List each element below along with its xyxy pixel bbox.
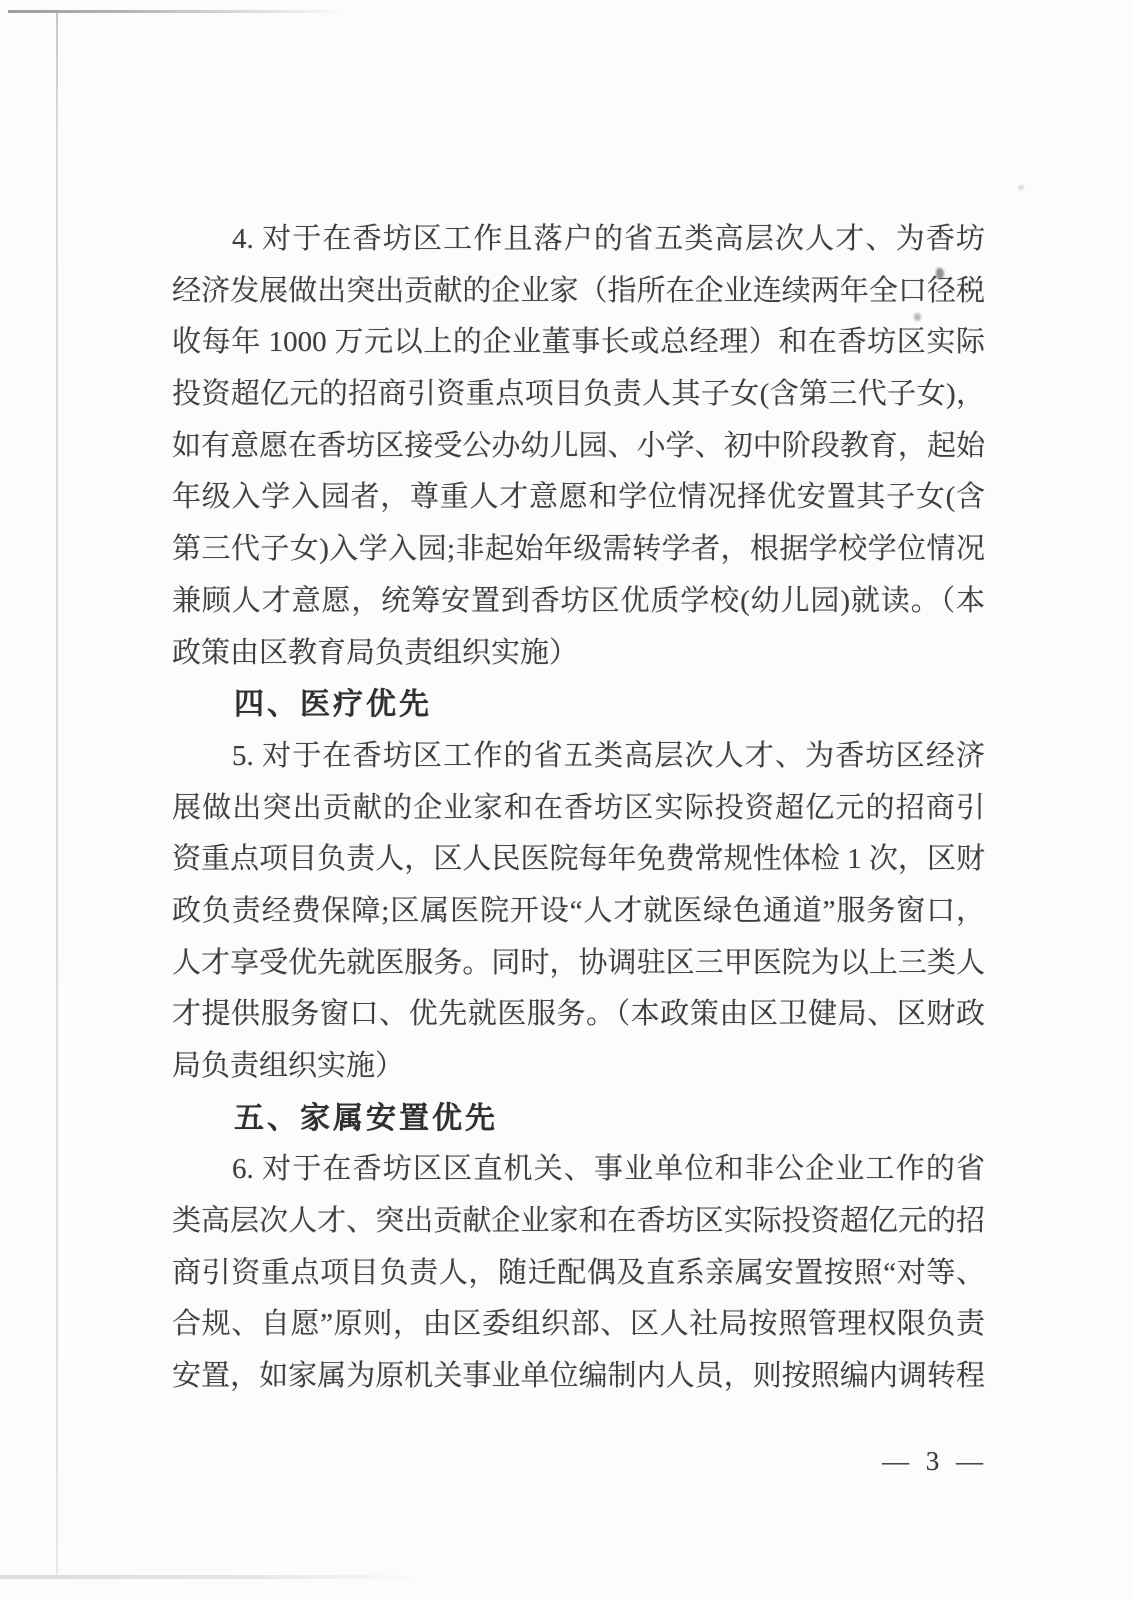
- text-line: 年级入学入园者，尊重人才意愿和学位情况择优安置其子女(含: [172, 472, 985, 524]
- text-line: 5. 对于在香坊区工作的省五类高层次人才、为香坊区经济发: [172, 731, 985, 783]
- text-line: 商引资重点项目负责人，随迁配偶及直系亲属安置按照“对等、: [172, 1248, 985, 1300]
- text-line: 资重点项目负责人，区人民医院每年免费常规性体检 1 次，区财: [172, 834, 985, 886]
- text-line: 才提供服务窗口、优先就医服务。（本政策由区卫健局、区财政: [172, 989, 985, 1041]
- text-line: 收每年 1000 万元以上的企业董事长或总经理）和在香坊区实际: [172, 317, 985, 369]
- text-line: 人才享受优先就医服务。同时，协调驻区三甲医院为以上三类人: [172, 938, 985, 990]
- text-line: 4. 对于在香坊区工作且落户的省五类高层次人才、为香坊区: [172, 214, 985, 266]
- text-line: 合规、自愿”原则，由区委组织部、区人社局按照管理权限负责: [172, 1299, 985, 1351]
- text-line: 展做出突出贡献的企业家和在香坊区实际投资超亿元的招商引: [172, 783, 985, 835]
- text-line: 如有意愿在香坊区接受公办幼儿园、小学、初中阶段教育，起始: [172, 421, 985, 473]
- scan-smudge: [1018, 185, 1024, 190]
- text-line: 6. 对于在香坊区区直机关、事业单位和非公企业工作的省五: [172, 1144, 985, 1196]
- text-line: 政负责经费保障;区属医院开设“人才就医绿色通道”服务窗口，: [172, 886, 985, 938]
- section-heading-medical: 四、医疗优先: [172, 679, 985, 731]
- document-body: 4. 对于在香坊区工作且落户的省五类高层次人才、为香坊区 经济发展做出突出贡献的…: [172, 214, 985, 1403]
- text-line: 第三代子女)入学入园;非起始年级需转学者，根据学校学位情况: [172, 524, 985, 576]
- text-line: 兼顾人才意愿，统筹安置到香坊区优质学校(幼儿园)就读。（本: [172, 576, 985, 628]
- page-bottom-edge-line: [0, 1575, 425, 1579]
- scanned-page: 4. 对于在香坊区工作且落户的省五类高层次人才、为香坊区 经济发展做出突出贡献的…: [0, 0, 1131, 1600]
- page-top-edge-line: [8, 10, 348, 13]
- text-line: 政策由区教育局负责组织实施）: [172, 628, 985, 680]
- text-line: 局负责组织实施）: [172, 1041, 985, 1093]
- page-number: — 3 —: [882, 1446, 988, 1477]
- text-line: 安置，如家属为原机关事业单位编制内人员，则按照编内调转程: [172, 1351, 985, 1403]
- text-line: 投资超亿元的招商引资重点项目负责人其子女(含第三代子女)，: [172, 369, 985, 421]
- section-heading-family: 五、家属安置优先: [172, 1093, 985, 1145]
- page-left-edge-line: [56, 10, 58, 1578]
- text-line: 类高层次人才、突出贡献企业家和在香坊区实际投资超亿元的招: [172, 1196, 985, 1248]
- text-line: 经济发展做出突出贡献的企业家（指所在企业连续两年全口径税: [172, 266, 985, 318]
